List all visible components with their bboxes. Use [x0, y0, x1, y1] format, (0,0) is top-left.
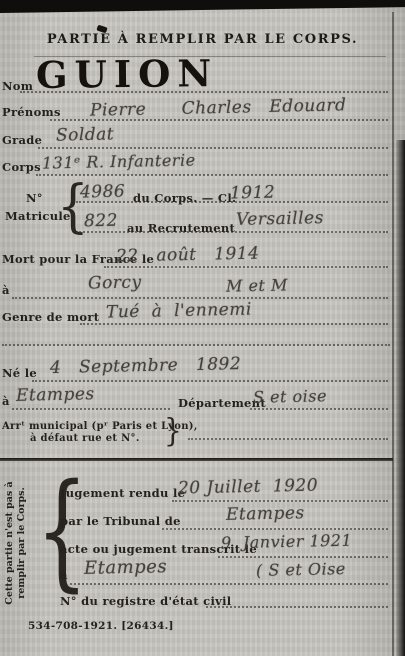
dotted-line: [32, 380, 388, 382]
dotted-line: [104, 266, 388, 268]
departement-value: S et oise: [253, 386, 327, 407]
naissance-lieu-value: Etampes: [16, 384, 95, 406]
jugement-rendu-label: Jugement rendu le: [60, 486, 185, 500]
ne-le-label: Né le: [2, 366, 37, 380]
matricule-recrutement-suffix: au Recrutement: [127, 221, 235, 235]
transcrit-lieu-label: à: [60, 568, 68, 582]
card-edge-line: [392, 12, 394, 656]
dotted-line: [2, 344, 390, 346]
dotted-line: [38, 147, 388, 149]
prenoms-label: Prénoms: [2, 105, 61, 119]
dotted-line: [70, 583, 388, 585]
genre-mort-label: Genre de mort: [2, 310, 99, 324]
matricule-recrutement-number: 822: [84, 211, 118, 232]
tribunal-value: Etampes: [226, 503, 305, 525]
matricule-corps-suffix: du Corps. — Cl.: [133, 191, 236, 205]
matricule-classe-value: 1912: [230, 183, 276, 204]
mort-date-value: 22 août 1914: [116, 243, 260, 266]
dotted-line: [162, 528, 388, 530]
card-header-title: PARTIE À REMPLIR PAR LE CORPS.: [0, 32, 405, 47]
matricule-label-line1: N°: [26, 191, 43, 205]
transcrit-lieu-dept: ( S et Oise: [256, 559, 346, 580]
matricule-corps-number: 4986: [80, 182, 126, 203]
dotted-line: [188, 438, 388, 440]
grade-value: Soldat: [56, 124, 115, 145]
dotted-line: [250, 408, 388, 410]
ne-le-date: 4 Septembre 1892: [50, 354, 242, 378]
grade-label: Grade: [2, 133, 42, 147]
matricule-recrutement-place: Versailles: [236, 208, 324, 230]
transcrit-date: 9 Janvier 1921: [221, 531, 353, 553]
military-death-record-card: PARTIE À REMPLIR PAR LE CORPS. Nom GUION…: [0, 0, 405, 656]
dotted-line: [80, 323, 388, 325]
dotted-line: [218, 556, 388, 558]
deces-lieu-value: Gorcy: [88, 272, 142, 293]
arrondissement-brace: }: [164, 415, 182, 447]
jugement-rendu-date: 20 Juillet 1920: [178, 476, 318, 499]
transcrit-lieu-value: Etampes: [84, 556, 168, 579]
dotted-line: [172, 500, 388, 502]
naissance-lieu-label: à: [2, 394, 10, 408]
arrondissement-label-line2: à défaut rue et N°.: [30, 433, 140, 444]
tribunal-label: par le Tribunal de: [60, 514, 181, 528]
deces-lieu-label: à: [2, 283, 10, 297]
scan-edge-top: [0, 0, 405, 13]
scan-edge-right: [396, 140, 405, 656]
genre-mort-value: Tué à l'ennemi: [106, 299, 252, 322]
dotted-line: [12, 297, 388, 299]
dotted-line: [206, 606, 388, 608]
corps-label: Corps: [2, 160, 41, 174]
print-reference: 534-708-1921. [26434.]: [28, 620, 174, 632]
nom-stamp-value: GUION: [36, 51, 219, 97]
corps-value: 131ᵉ R. Infanterie: [42, 150, 196, 172]
dotted-line: [12, 408, 170, 410]
deces-lieu-dept: M et M: [226, 275, 288, 295]
prenoms-value: Pierre Charles Edouard: [90, 95, 347, 120]
